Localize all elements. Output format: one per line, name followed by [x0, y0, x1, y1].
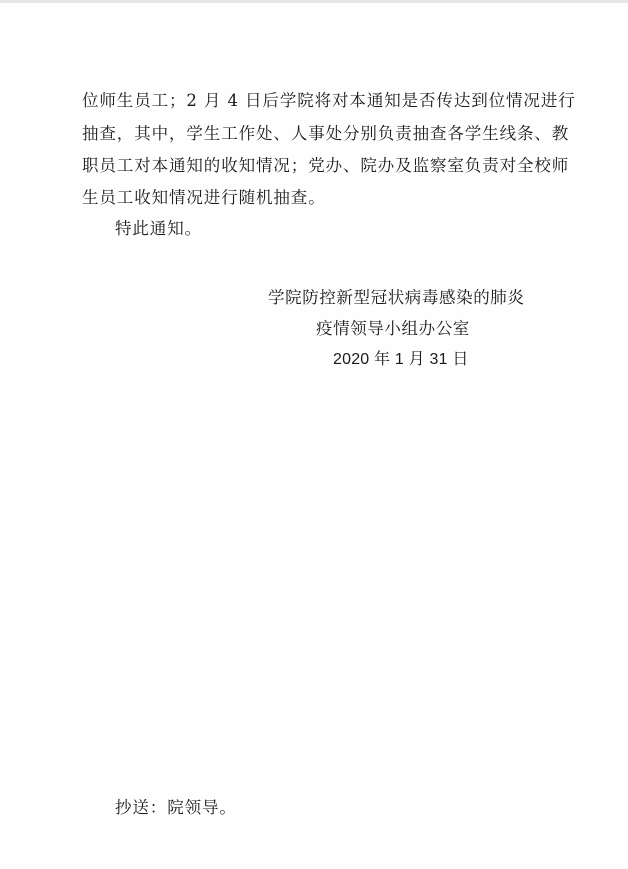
body-line-4: 生员工收知情况进行随机抽查。 [82, 188, 550, 208]
signature-org-line-2: 疫情领导小组办公室 [316, 319, 470, 339]
body-line-1: 位师生员工；2 月 4 日后学院将对本通知是否传达到位情况进行 [82, 91, 550, 111]
document-page: 位师生员工；2 月 4 日后学院将对本通知是否传达到位情况进行 抽查，其中，学生… [0, 3, 628, 869]
signature-org-line-1: 学院防控新型冠状病毒感染的肺炎 [268, 288, 525, 308]
cc-line: 抄送：院领导。 [115, 798, 237, 818]
body-line-3: 职员工对本通知的收知情况；党办、院办及监察室负责对全校师 [82, 156, 550, 176]
signature-date: 2020 年 1 月 31 日 [333, 350, 469, 370]
closing-phrase: 特此通知。 [115, 219, 202, 239]
body-line-2: 抽查，其中，学生工作处、人事处分别负责抽查各学生线条、教 [82, 124, 550, 144]
